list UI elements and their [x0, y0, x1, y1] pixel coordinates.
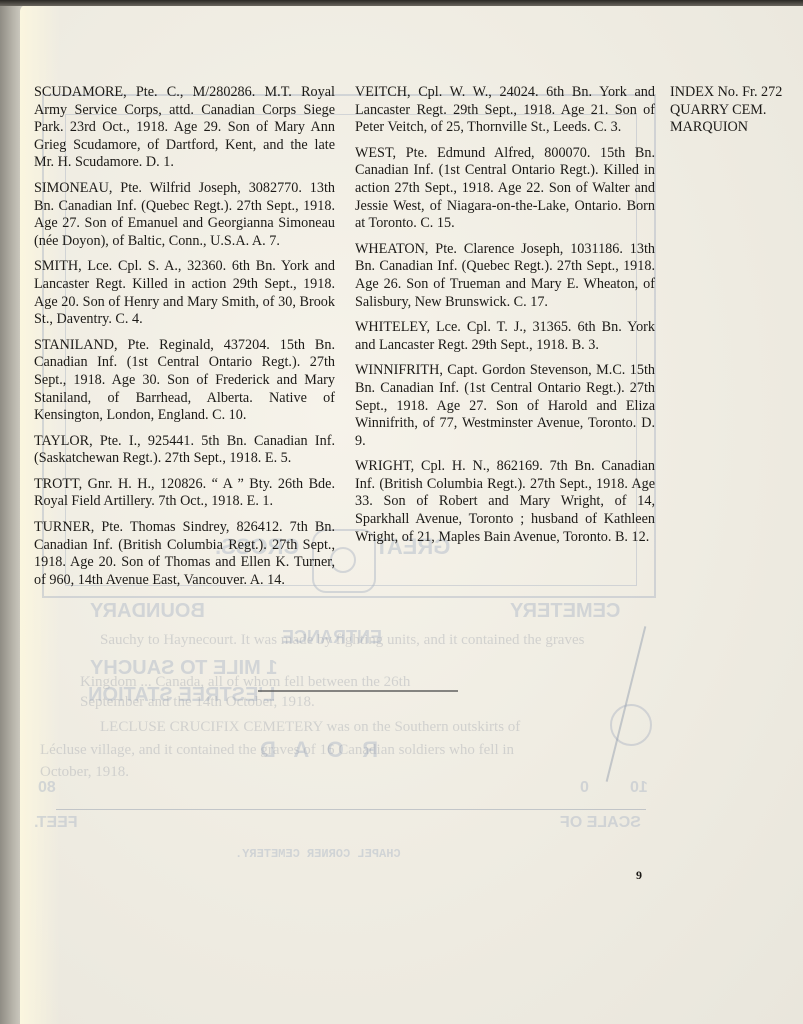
entry-whiteley: WHITELEY, Lce. Cpl. T. J., 31365. 6th Bn… [355, 319, 655, 354]
entry-scudamore: SCUDAMORE, Pte. C., M/280286. M.T. Royal… [34, 84, 335, 172]
left-column: SCUDAMORE, Pte. C., M/280286. M.T. Royal… [34, 84, 335, 597]
entry-wheaton: WHEATON, Pte. Clarence Joseph, 1031186. … [355, 241, 655, 311]
book-page: GREAT CROSS. CEMETERY BOUNDARY ENTRANCE … [20, 4, 803, 1024]
page-number: 9 [636, 868, 642, 883]
cemetery-name: QUARRY CEM. [670, 102, 782, 120]
entry-simoneau: SIMONEAU, Pte. Wilfrid Joseph, 3082770. … [34, 180, 335, 250]
entry-turner: TURNER, Pte. Thomas Sindrey, 826412. 7th… [34, 519, 335, 589]
entry-smith: SMITH, Lce. Cpl. S. A., 32360. 6th Bn. Y… [34, 258, 335, 328]
entry-wright: WRIGHT, Cpl. H. N., 862169. 7th Bn. Cana… [355, 458, 655, 546]
entry-west: WEST, Pte. Edmund Alfred, 800070. 15th B… [355, 145, 655, 233]
showthrough-cemetery: CEMETERY [510, 600, 620, 623]
entry-winnifrith: WINNIFRITH, Capt. Gordon Stevenson, M.C.… [355, 362, 655, 450]
showthrough-feet: FEET. [34, 814, 78, 832]
showthrough-boundary: BOUNDARY [90, 600, 205, 623]
index-block: INDEX No. Fr. 272 QUARRY CEM. MARQUION [670, 84, 782, 137]
showthrough-compass-needle [606, 626, 647, 782]
entry-staniland: STANILAND, Pte. Reginald, 437204. 15th B… [34, 337, 335, 425]
showthrough-scale-0: 0 [580, 779, 589, 797]
showthrough-scale-bar [56, 809, 646, 810]
top-edge-shadow [0, 0, 803, 6]
entry-trott: TROTT, Gnr. H. H., 120826. “ A ” Bty. 26… [34, 476, 335, 511]
index-number: INDEX No. Fr. 272 [670, 84, 782, 102]
middle-column: VEITCH, Cpl. W. W., 24024. 6th Bn. York … [355, 84, 655, 554]
showthrough-scale-10: 10 [630, 779, 648, 797]
entry-taylor: TAYLOR, Pte. I., 925441. 5th Bn. Canadia… [34, 433, 335, 468]
book-gutter [0, 0, 22, 1024]
cemetery-location: MARQUION [670, 119, 782, 137]
showthrough-caption: CHAPEL CORNER CEMETERY. [235, 847, 401, 861]
entry-veitch: VEITCH, Cpl. W. W., 24024. 6th Bn. York … [355, 84, 655, 137]
showthrough-para5: Lécluse village, and it contained the gr… [40, 742, 514, 759]
showthrough-para1: Sauchy to Haynecourt. It was made by fig… [100, 632, 584, 649]
showthrough-para3: September and the 14th October, 1918. [80, 694, 315, 711]
showthrough-para2: Kingdom ... Canada, all of whom fell bet… [80, 674, 410, 691]
showthrough-scale-of: SCALE OF [560, 814, 641, 832]
showthrough-para4: LECLUSE CRUCIFIX CEMETERY was on the Sou… [100, 719, 520, 736]
showthrough-scale-80: 80 [38, 779, 56, 797]
